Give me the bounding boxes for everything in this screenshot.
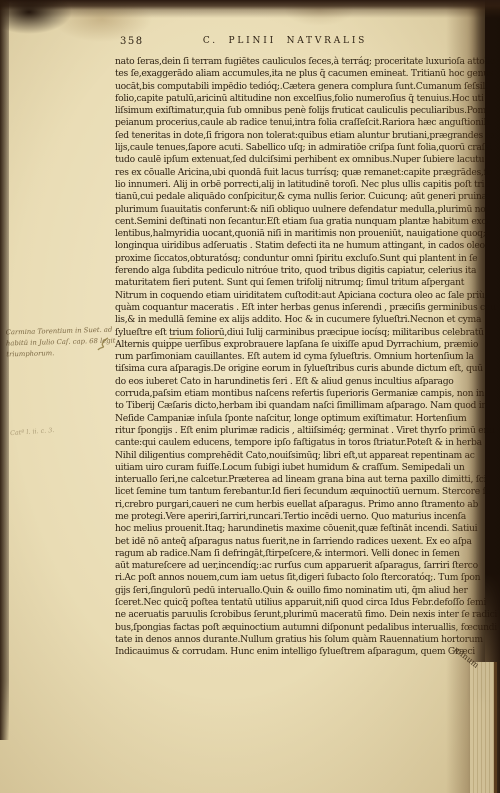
text-line: ragum ab radice.Nam ſi defringāt,ſtirpeſ… bbox=[115, 548, 497, 560]
binding-edge-left bbox=[0, 0, 9, 740]
text-line: tate in denos annos durante.Nullum grati… bbox=[115, 634, 497, 646]
text-line: to Tiberij Cæſaris dicto,herbam ibi quan… bbox=[115, 400, 497, 412]
ink-underlined-text: trium foliorū bbox=[169, 327, 224, 339]
text-line: bet idē nō anteq̄ aſparagus natus fuerit… bbox=[115, 536, 497, 548]
book-fore-edge bbox=[470, 662, 497, 793]
text-line: lis,& in medullā ſemine ex alijs addito.… bbox=[115, 314, 497, 326]
text-line: licet ſemine tum tantum ferebantur.Id fi… bbox=[115, 486, 497, 498]
text-line: interuallo ſeri,ne calcetur.Præterea ad … bbox=[115, 474, 497, 486]
text-line: res ex cōualle Aricina,ubi quondā fuit l… bbox=[115, 167, 497, 179]
text-line: Neſide Campaniæ inſula ſponte naſcitur, … bbox=[115, 413, 497, 425]
text-line: ſceret.Nec quicq̄ poſtea tentatū utilius… bbox=[115, 597, 497, 609]
text-line: ferendo alga ſubdita pediculo nitróue tr… bbox=[115, 265, 497, 277]
text-line: uocāt,bis computabili impēdio tedióq;.Cæ… bbox=[115, 81, 497, 93]
text-line: lentibus,halmyridia uocant,quoniā niſi i… bbox=[115, 228, 497, 240]
text-line: Indicauimus & corrudam. Hunc enim intell… bbox=[115, 646, 497, 658]
text-line: cent.Semini deſtinati non ſecantur.Eſt e… bbox=[115, 216, 497, 228]
text-line: ritur ſpongijs . Eſt enim plurimæ radici… bbox=[115, 425, 497, 437]
text-line: maturitatem fieri putent. Sunt qui ſemen… bbox=[115, 277, 497, 289]
text-line: lijs,caule tenues,ſapore acuti. Sabellic… bbox=[115, 142, 497, 154]
text-line: hoc melius prouenit.Itaq; harundinetis m… bbox=[115, 523, 497, 535]
text-line: ſed teneritas in dote,ſi frigora non tol… bbox=[115, 130, 497, 142]
text-line: ri,crebro purgari,caueri ne cum herbis e… bbox=[115, 499, 497, 511]
binding-edge-top bbox=[0, 0, 500, 18]
text-line: Nihil diligentius comprehēdit Cato,nouiſ… bbox=[115, 450, 497, 462]
text-line: tiſsima cura aſparagis.De origine eorum … bbox=[115, 363, 497, 375]
text-line: plurimum ſuauitatis conferunt:& niſi obl… bbox=[115, 204, 497, 216]
faint-margin-note: Catº l. ii. c. 3. bbox=[10, 423, 100, 437]
ink-flourish-mark bbox=[96, 336, 112, 352]
binding-corner-stain bbox=[0, 0, 72, 34]
text-line: bus,ſpongias factas poſt æquinoctium aut… bbox=[115, 622, 497, 634]
text-line: proxime ſiccatos,obturatósq; conduntur o… bbox=[115, 253, 497, 265]
text-line: tudo caulē ipſum extenuat,ſed dulciſsimi… bbox=[115, 154, 497, 166]
text-line: quàm coquantur maceratis . Eſt inter her… bbox=[115, 302, 497, 314]
paper-stain bbox=[284, 0, 354, 26]
text-line: nato ſeras,dein ſi terram fugiētes cauli… bbox=[115, 56, 497, 68]
text-line: folio,capite patulū,aricinū altitudine n… bbox=[115, 93, 497, 105]
page-number: 358 bbox=[120, 36, 144, 47]
text-line: rum parſimoniam cauillantes. Eſt autem i… bbox=[115, 351, 497, 363]
scanned-book-page: 358 C. PLINII NATVRALIS nato ſeras,dein … bbox=[0, 0, 500, 793]
text-line: uitiam uiro curam fuiſſe.Locum ſubigi iu… bbox=[115, 462, 497, 474]
text-block: nato ſeras,dein ſi terram fugiētes cauli… bbox=[115, 56, 497, 659]
text-line: tianū,cui pedale aliquādo conſpicitur,& … bbox=[115, 191, 497, 203]
text-line: longinqua uiridibus adſeruatis . Statim … bbox=[115, 240, 497, 252]
text-line: ri.Ac poſt annos nouem,cum iam uetus ſit… bbox=[115, 572, 497, 584]
text-line: me protegi.Vere aperiri,ſarriri,runcari.… bbox=[115, 511, 497, 523]
text-line: ſylueſtre eſt trium foliorū,diui Iulij c… bbox=[115, 327, 497, 339]
text-line: liſsimum exiſtimatur,quia ſub omnibus pe… bbox=[115, 105, 497, 117]
text-line: lio innumeri. Alij in orbē porrecti,alij… bbox=[115, 179, 497, 191]
text-line: peianum procerius,caule ab radice tenui,… bbox=[115, 117, 497, 129]
running-title: C. PLINII NATVRALIS bbox=[150, 36, 420, 46]
text-line: gijs ſeri,ſingulorū pedū interuallo.Quin… bbox=[115, 585, 497, 597]
text-line: tes ſe,exaggerādo aliam accumules,ita ne… bbox=[115, 68, 497, 80]
text-line: ne aceruatis paruulis ſcrobibus ſerunt,p… bbox=[115, 609, 497, 621]
text-line: do eos iuberet Cato in harundinetis ſeri… bbox=[115, 376, 497, 388]
text-line: corruda,paſsim etiam montibus naſcens re… bbox=[115, 388, 497, 400]
text-line: Nitrum in coquendo etiam uiriditatem cuſ… bbox=[115, 290, 497, 302]
text-line: cante:qui caulem educens, tempore ipſo f… bbox=[115, 437, 497, 449]
text-line: aūt matureſcere ad uer,incendíq;:ac rurſ… bbox=[115, 560, 497, 572]
text-line: Alternis quippe uerſibus exprobrauere la… bbox=[115, 339, 497, 351]
